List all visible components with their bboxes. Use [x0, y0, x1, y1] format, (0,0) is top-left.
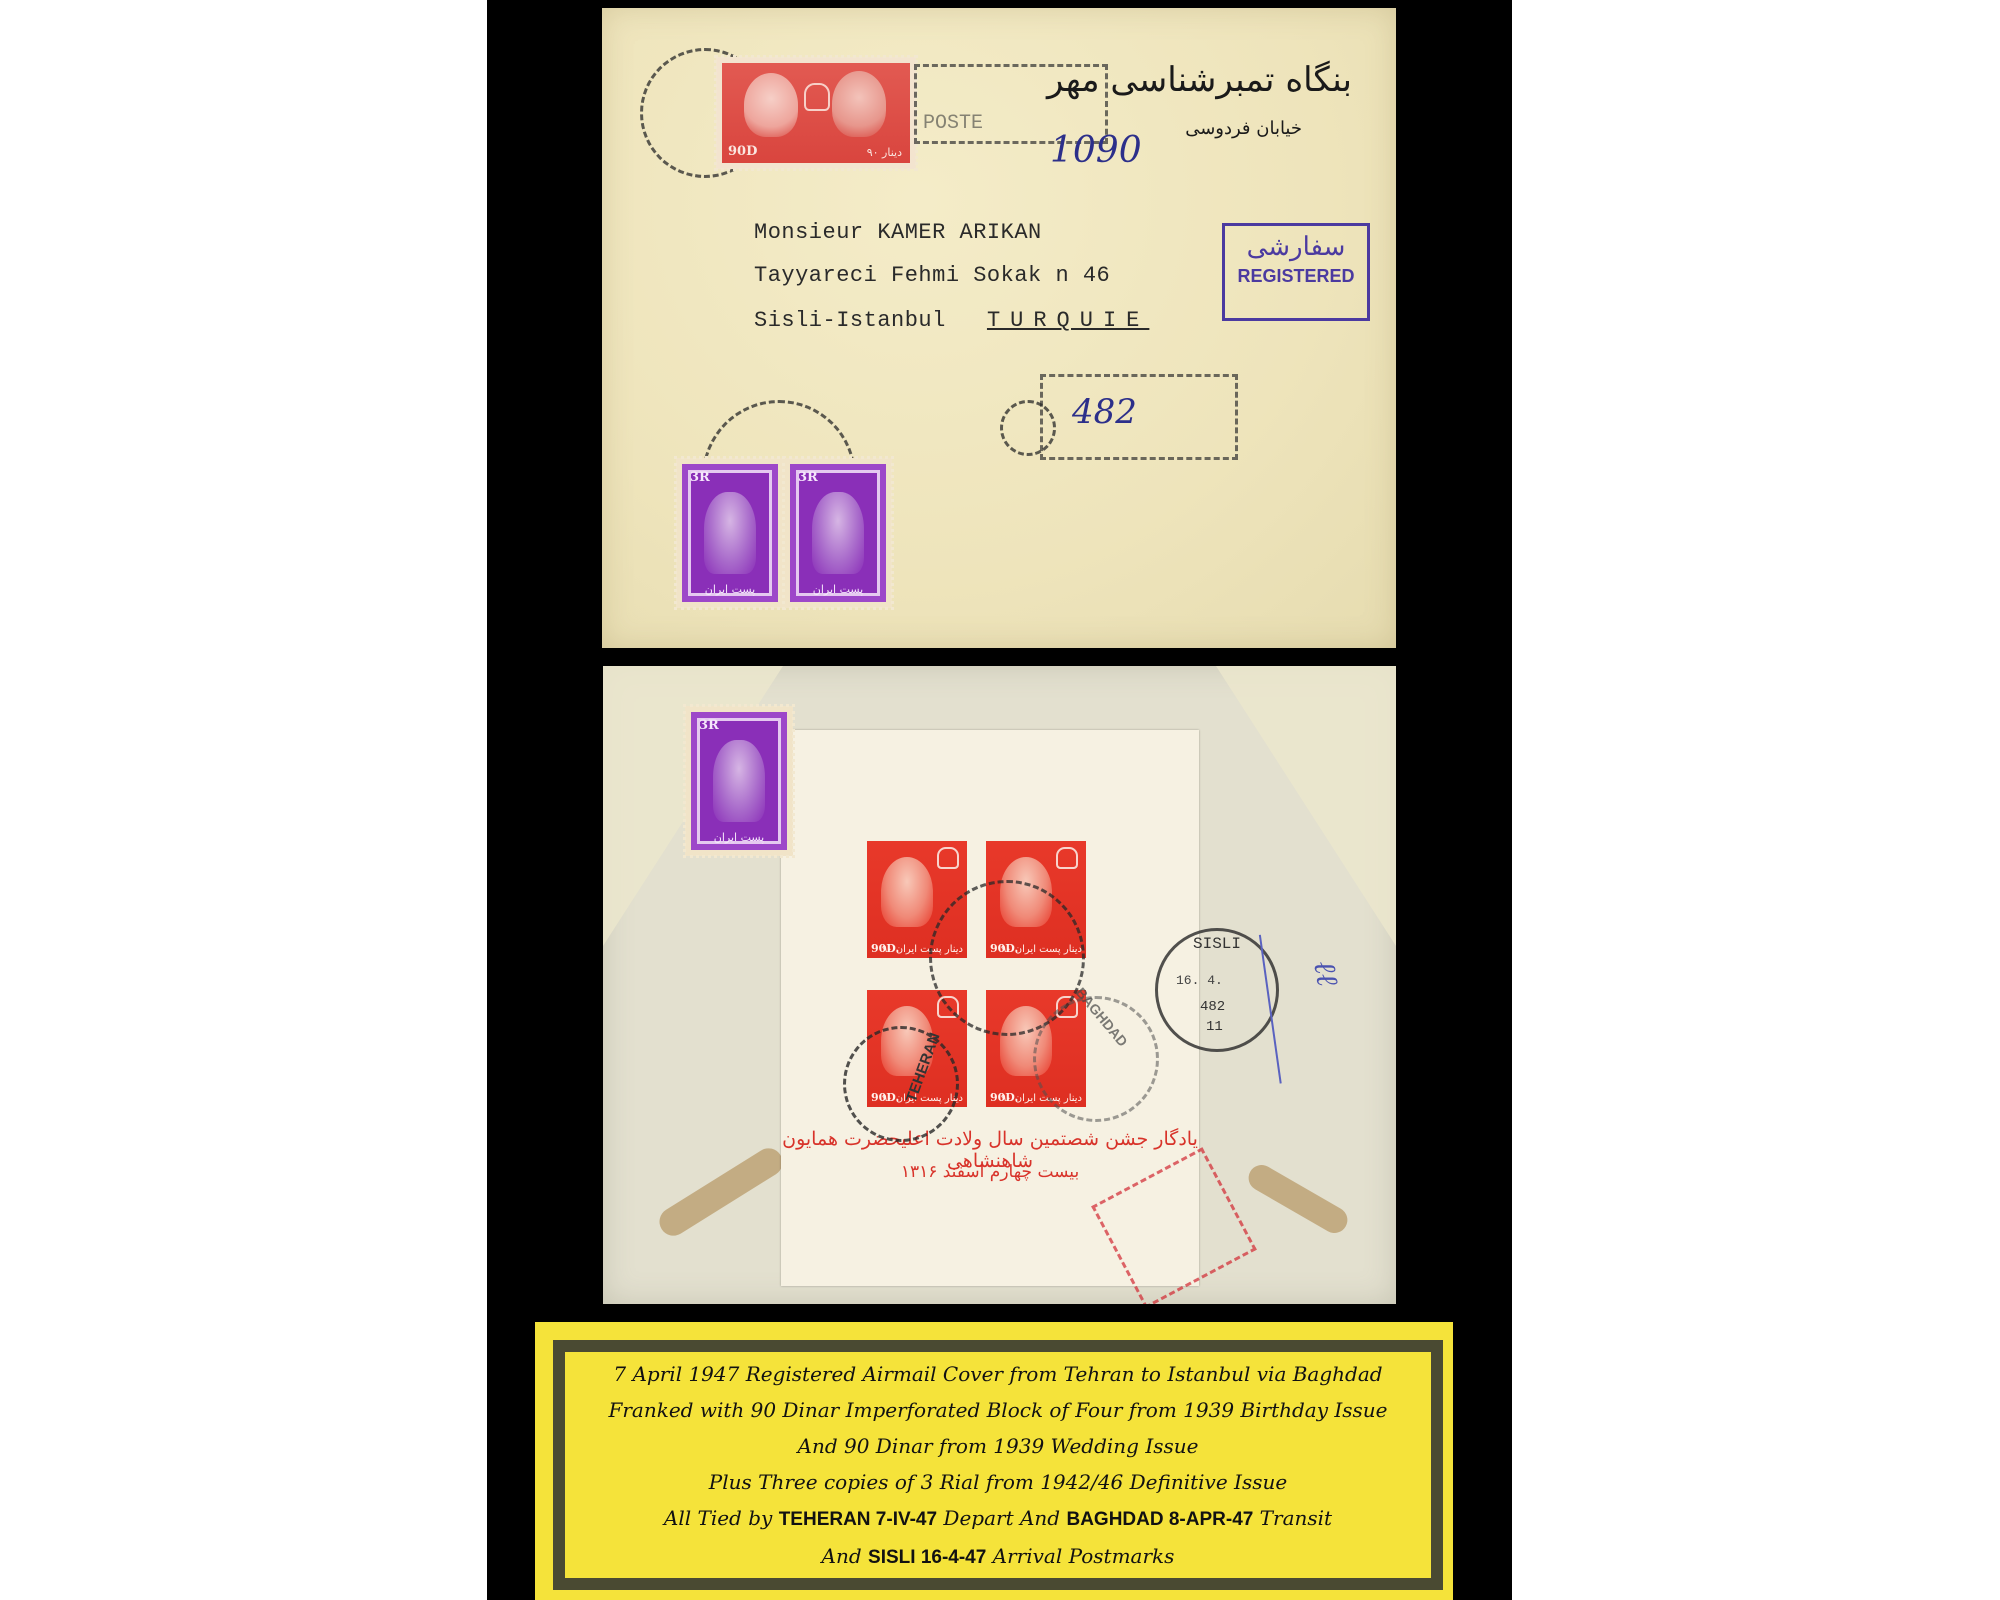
description-text-block: 7 April 1947 Registered Airmail Cover fr…	[553, 1340, 1443, 1590]
cover-back: 90D. ۹۰ دینار پست ایران 90D. ۹۰ دینار پس…	[603, 666, 1396, 1304]
registration-box	[1040, 374, 1238, 460]
glue-stain-right	[1244, 1160, 1352, 1238]
handwritten-signature	[1259, 926, 1341, 1083]
shah-portrait	[812, 492, 864, 574]
stamp-value: 3R	[690, 470, 710, 485]
stamp-persian-value: ۹۰ دینار	[867, 146, 902, 159]
stamp-value: 3R	[798, 470, 818, 485]
souvenir-sheet: 90D. ۹۰ دینار پست ایران 90D. ۹۰ دینار پس…	[781, 730, 1199, 1286]
sender-name-persian: بنگاه تمبرشناسی مهر	[1022, 60, 1352, 100]
registered-english: REGISTERED	[1225, 266, 1367, 287]
handwritten-initials: ℓℓ	[1306, 958, 1345, 989]
stamp-country: پست ایران	[682, 583, 778, 596]
address-line-3: Sisli-Istanbul TURQUIE	[754, 308, 1149, 333]
crown-prince-portrait	[832, 71, 886, 137]
stamp-value: 90D	[728, 144, 757, 159]
registered-persian: سفارشی	[1225, 232, 1367, 262]
teheran-postmark-back: TEHERAN	[843, 1026, 959, 1142]
handwritten-number: 1090	[1050, 130, 1142, 171]
rial-stamp-3: 3R پست ایران	[685, 706, 793, 856]
registered-handstamp: سفارشی REGISTERED	[1222, 223, 1370, 321]
description-line-5: All Tied by TEHERAN 7-IV-47 Depart And B…	[664, 1503, 1332, 1535]
sheet-inscription-line-2: بیست چهارم اسفند ۱۳۱۶	[781, 1162, 1199, 1182]
stamp-value: 3R	[699, 718, 719, 733]
cover-front: 90D ۹۰ دینار POSTE بنگاه تمبرشناسی مهر خ…	[602, 8, 1396, 648]
address-line-1: Monsieur KAMER ARIKAN	[754, 220, 1042, 245]
crown-emblem-icon	[804, 83, 830, 111]
description-line-4: Plus Three copies of 3 Rial from 1942/46…	[709, 1467, 1287, 1497]
description-line-6: And SISLI 16-4-47 Arrival Postmarks	[822, 1541, 1175, 1573]
address-city: Sisli-Istanbul	[754, 308, 946, 333]
registration-number: 482	[1072, 392, 1137, 432]
shah-portrait	[713, 740, 765, 822]
rial-stamp-1: 3R پست ایران	[676, 458, 784, 608]
glue-stain-left	[654, 1143, 788, 1241]
wedding-issue-stamp: 90D ۹۰ دینار	[716, 57, 916, 169]
envelope-flap-right	[1216, 666, 1396, 946]
stamp-country: پست ایران	[691, 831, 787, 844]
description-line-2: Franked with 90 Dinar Imperforated Block…	[608, 1395, 1387, 1425]
description-line-1: 7 April 1947 Registered Airmail Cover fr…	[613, 1359, 1382, 1389]
shah-portrait	[704, 492, 756, 574]
address-line-2: Tayyareci Fehmi Sokak n 46	[754, 263, 1110, 288]
description-label: 7 April 1947 Registered Airmail Cover fr…	[535, 1322, 1453, 1600]
crown-emblem-icon	[1056, 847, 1078, 869]
sender-street-persian: خیابان فردوسی	[1122, 118, 1302, 139]
address-country: TURQUIE	[987, 308, 1149, 333]
rial-stamp-2: 3R پست ایران	[784, 458, 892, 608]
small-circular-cancel	[1000, 400, 1056, 456]
baghdad-postmark: BAGHDAD	[1033, 996, 1159, 1122]
crown-emblem-icon	[937, 847, 959, 869]
stamp-country: پست ایران	[790, 583, 886, 596]
description-line-3: And 90 Dinar from 1939 Wedding Issue	[798, 1431, 1199, 1461]
princess-portrait	[744, 73, 798, 137]
